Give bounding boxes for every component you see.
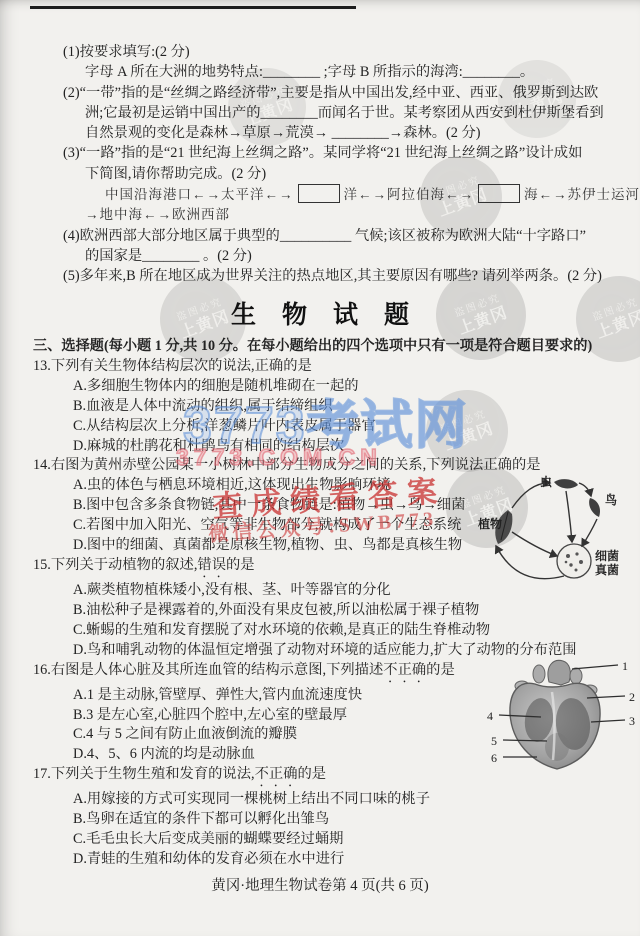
label-insect: 虫	[540, 474, 552, 489]
geo-q1-line2: 字母 A 所在大洲的地势特点:________ ;字母 B 所指示的海湾:___…	[85, 62, 640, 82]
page-top-rule	[30, 6, 356, 9]
q17-option-b: B.鸟卵在适宜的条件下都可以孵化出雏鸟	[73, 810, 640, 830]
q17-option-d: D.青蛙的生殖和幼体的发育必须在水中进行	[73, 850, 640, 870]
geo-q1-line1: (1)按要求填写:(2 分)	[63, 42, 640, 62]
exam-paper-page: 盗图必究 上黄冈 盗图必究 上黄冈 盗图必究 上黄冈 盗图必究 上黄冈 盗图必究…	[0, 0, 640, 936]
q16-stem-pre: 16.右图是人体心脏及其所连血管的结构示意图,下列描述	[33, 662, 383, 678]
q16-stem-emphasis: 不正确	[383, 662, 426, 678]
geo-q4-line2: 的国家是________ 。(2 分)	[85, 246, 640, 266]
q15-stem-pre: 15.下列关于动植物的叙述,	[33, 557, 197, 573]
heart-label-3: 3	[629, 714, 635, 728]
section-header: 三、选择题(每小题 1 分,共 10 分。在每小题给出的四个选项中只有一项是符合…	[33, 337, 640, 357]
heart-label-2: 2	[629, 690, 635, 704]
label-fungi: 真菌	[595, 562, 619, 577]
heart-label-6: 6	[491, 751, 497, 765]
geo-q3-line2: 下简图,请你帮助完成。(2 分)	[85, 164, 640, 184]
heart-label-5: 5	[491, 734, 497, 748]
heart-label-4: 4	[487, 709, 493, 723]
ecosystem-diagram: 虫 鸟 植物 细菌 真菌	[478, 470, 640, 588]
q17-stem-post: 的是	[298, 766, 327, 782]
geo-q3-flow-line2: →地中海←→欧洲西部	[85, 205, 640, 225]
q13-option-c: C.从结构层次上分析,洋葱鳞片叶内表皮属于器官	[73, 417, 640, 437]
geo-q4-line1: (4)欧洲西部大部分地区属于典型的__________ 气候;该区被称为欧洲大陆…	[63, 226, 640, 246]
flow-segment: 中国沿海港口←→太平洋←→	[105, 187, 294, 202]
heart-label-1: 1	[622, 659, 628, 673]
page-footer: 黄冈·地理生物试卷第 4 页(共 6 页)	[0, 874, 640, 895]
q17-option-a: A.用嫁接的方式可实现同一棵桃树上结出不同口味的桃子	[73, 790, 640, 810]
q15-stem-post: 的是	[226, 557, 255, 573]
geo-q2-line1: (2)“一带”指的是“丝绸之路经济带”,主要是指从中国出发,经中亚、西亚、俄罗斯…	[63, 83, 640, 103]
geo-q2-line2: 洲;它最初是运销中国出产的________而闻名于世。某考察团从西安到杜伊斯堡看…	[85, 103, 640, 123]
biology-title: 生物试题	[0, 294, 640, 338]
q15-option-b: B.油松种子是裸露着的,外面没有果皮包被,所以油松属于裸子植物	[73, 601, 640, 621]
q13-option-a: A.多细胞生物体内的细胞是随机堆砌在一起的	[73, 377, 640, 397]
aorta-shape	[548, 660, 570, 685]
flow-segment: 海←→苏伊士运河←	[524, 187, 640, 202]
flow-blank-box	[298, 184, 340, 203]
heart-diagram: 1 2 3 4 5 6	[477, 652, 640, 778]
q13-option-b: B.血液是人体中流动的组织,属于结缔组织	[73, 397, 640, 417]
geography-section: (1)按要求填写:(2 分) 字母 A 所在大洲的地势特点:________ ;…	[0, 42, 640, 338]
q17-stem-pre: 17.下列关于生物生殖和发育的说法,	[33, 766, 255, 782]
geo-q3-flow-diagram: 中国沿海港口←→太平洋←→洋←→阿拉伯海←→海←→苏伊士运河←	[105, 184, 640, 205]
q17-option-c: C.毛毛虫长大后变成美丽的蝴蝶要经过蛹期	[73, 830, 640, 850]
q17-stem-emphasis: 不正确	[255, 766, 298, 782]
geo-q5-line: (5)多年来,B 所在地区成为世界关注的热点地区,其主要原因有哪些? 请列举两条…	[63, 266, 640, 286]
bird-shape	[589, 498, 600, 517]
q13-stem: 13.下列有关生物体结构层次的说法,正确的是	[33, 357, 640, 377]
biology-section: 三、选择题(每小题 1 分,共 10 分。在每小题给出的四个选项中只有一项是符合…	[0, 337, 640, 870]
insect-shape	[554, 479, 578, 488]
geo-q3-line1: (3)“一路”指的是“21 世纪海上丝绸之路”。某同学将“21 世纪海上丝绸之路…	[63, 143, 640, 163]
flow-segment: 洋←→阿拉伯海←→	[344, 187, 475, 202]
q13-option-d: D.麻城的杜鹃花和杜鹃鸟有相同的结构层次	[73, 437, 640, 457]
label-plant: 植物	[478, 516, 502, 531]
q16-stem-post: 的是	[426, 662, 455, 678]
label-bird: 鸟	[605, 492, 617, 507]
q15-option-c: C.蜥蜴的生殖和发育摆脱了对水环境的依赖,是真正的陆生脊椎动物	[73, 621, 640, 641]
geo-q2-line3: 自然景观的变化是森林→草原→荒漠→ ________→森林。(2 分)	[85, 123, 640, 143]
flow-blank-box	[478, 184, 520, 203]
q15-stem-emphasis: 错误	[197, 557, 226, 573]
bacteria-circle	[557, 544, 591, 578]
label-bacteria: 细菌	[595, 548, 619, 563]
